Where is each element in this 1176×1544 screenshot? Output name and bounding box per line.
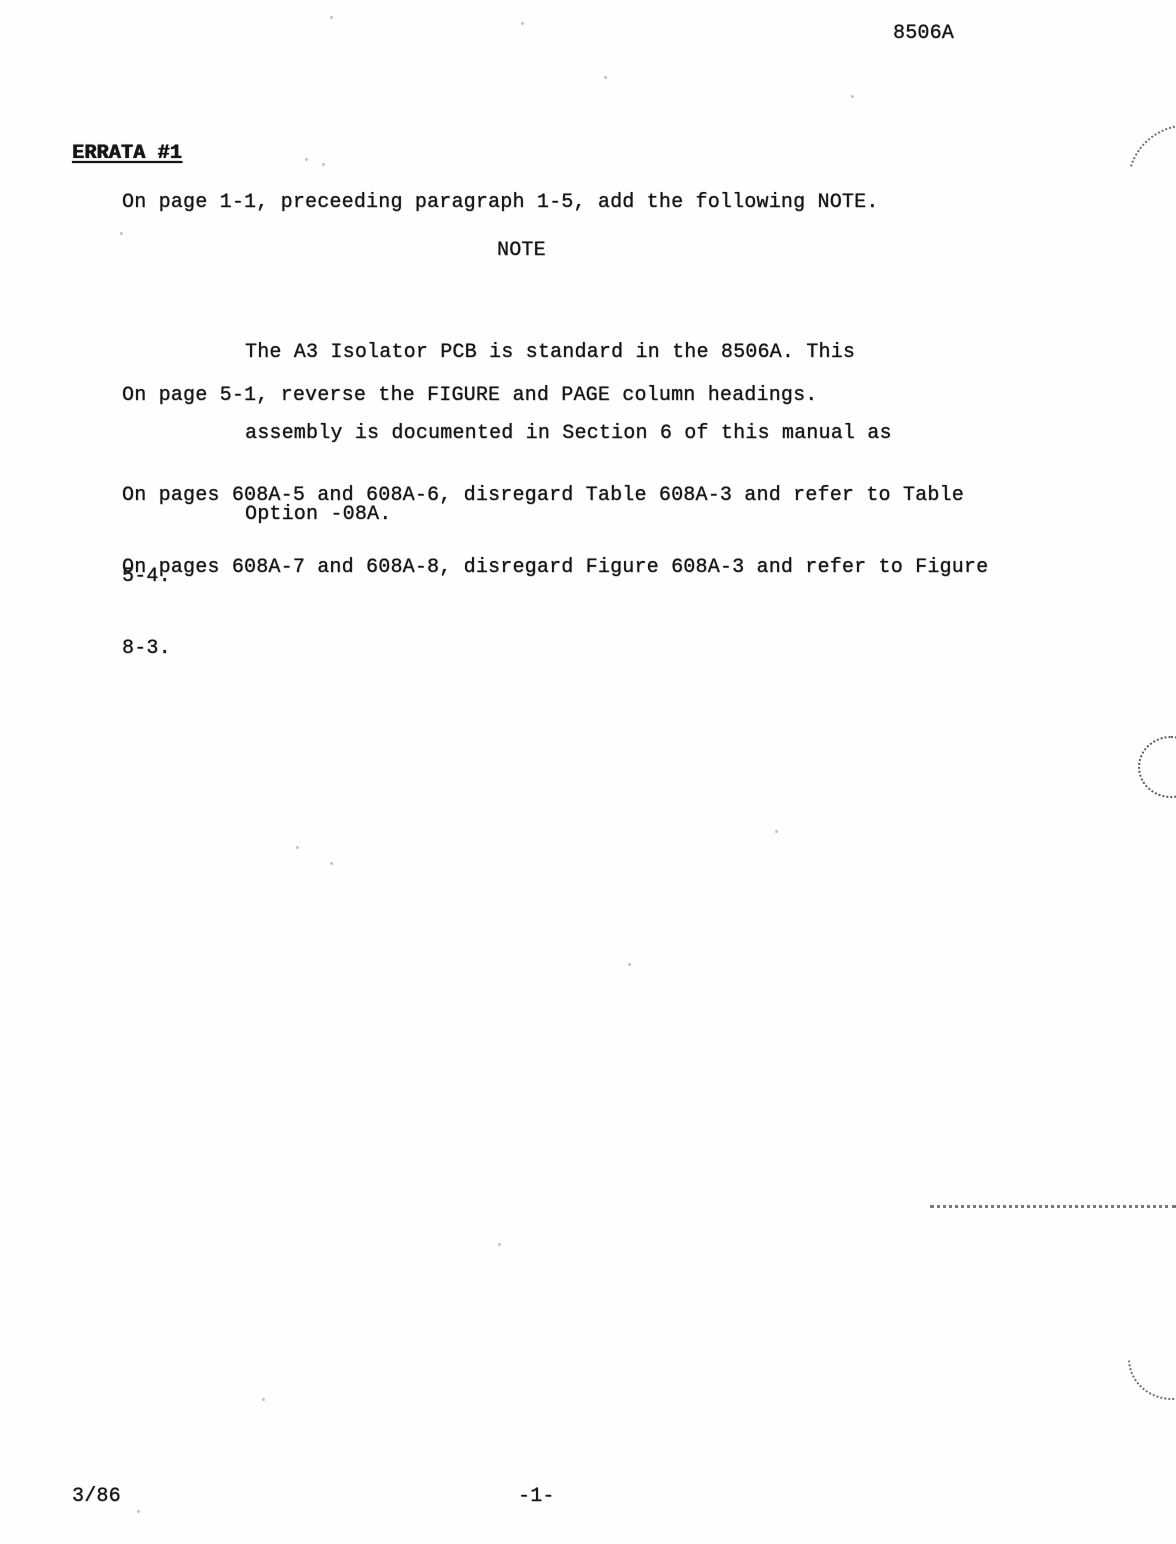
note-body-line: The A3 Isolator PCB is standard in the 8… [245,339,892,366]
footer-date: 3/86 [72,1483,121,1510]
scan-speckle [322,163,325,166]
intro-paragraph: On page 1-1, preceeding paragraph 1-5, a… [122,189,879,216]
scan-speckle [851,95,854,98]
scan-speckle [604,76,607,79]
scan-speckle [330,16,333,19]
scan-artifact-dotted-rule [930,1205,1176,1208]
item-figure-line: On pages 608A-7 and 608A-8, disregard Fi… [122,554,988,581]
errata-title: ERRATA #1 [72,140,182,167]
scan-speckle [296,846,299,849]
doc-model-number: 8506A [893,20,954,47]
scan-speckle [330,862,333,865]
scan-artifact-arc-bottom [1128,1318,1176,1400]
scan-speckle [498,1243,501,1246]
note-heading: NOTE [497,237,546,264]
item-figure-page-paragraph: On page 5-1, reverse the FIGURE and PAGE… [122,382,818,409]
scan-speckle [521,22,524,25]
scan-speckle [137,1510,140,1513]
document-page: 8506A ERRATA #1 On page 1-1, preceeding … [0,0,1176,1544]
scan-speckle [120,232,123,235]
scan-artifact-arc-top [1128,124,1176,238]
scan-speckle [305,158,308,161]
scan-artifact-punch-hole [1138,736,1176,798]
item-figure-line: 8-3. [122,635,988,662]
scan-speckle [262,1398,265,1401]
item-figure-paragraph: On pages 608A-7 and 608A-8, disregard Fi… [122,500,988,716]
scan-speckle [775,830,778,833]
scan-speckle [628,963,631,966]
footer-page-number: -1- [518,1483,555,1510]
